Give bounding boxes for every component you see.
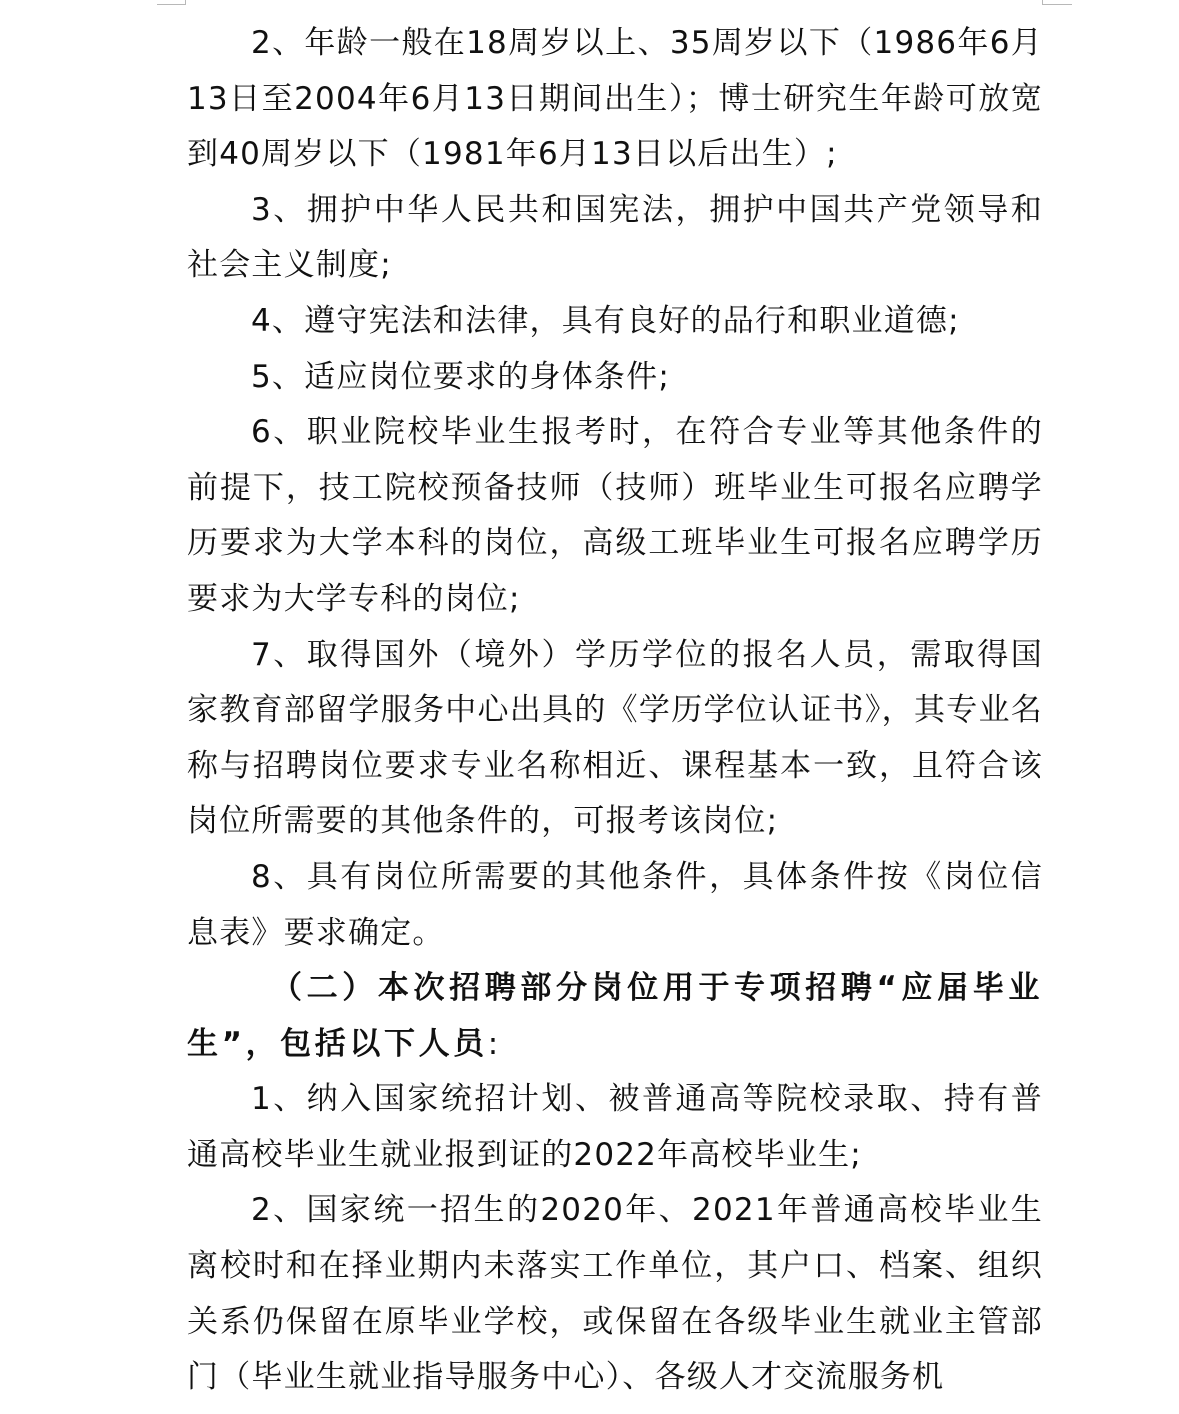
graduate-item-2: 2、国家统一招生的2020年、2021年普通高校毕业生离校时和在择业期内未落实工… (187, 1183, 1043, 1405)
section-heading-text: （二）本次招聘部分岗位用于专项招聘“应届毕业生”，包括以下人员 (187, 970, 1043, 1062)
requirement-item-6: 6、职业院校毕业生报考时，在符合专业等其他条件的前提下，技工院校预备技师（技师）… (187, 405, 1043, 627)
requirement-item-7: 7、取得国外（境外）学历学位的报名人员，需取得国家教育部留学服务中心出具的《学历… (187, 628, 1043, 850)
document-page: 2、年龄一般在18周岁以上、35周岁以下（1986年6月13日至2004年6月1… (187, 16, 1043, 1406)
requirement-item-3: 3、拥护中华人民共和国宪法，拥护中国共产党领导和社会主义制度; (187, 183, 1043, 294)
page-corner-mark-right (1042, 0, 1072, 5)
requirement-item-4: 4、遵守宪法和法律，具有良好的品行和职业道德; (187, 294, 1043, 350)
requirement-item-2: 2、年龄一般在18周岁以上、35周岁以下（1986年6月13日至2004年6月1… (187, 16, 1043, 183)
section-heading-colon: : (488, 1026, 502, 1062)
section-heading-2: （二）本次招聘部分岗位用于专项招聘“应届毕业生”，包括以下人员: (187, 961, 1043, 1072)
requirement-item-8: 8、具有岗位所需要的其他条件，具体条件按《岗位信息表》要求确定。 (187, 850, 1043, 961)
page-corner-mark-left (157, 0, 186, 5)
requirement-item-5: 5、适应岗位要求的身体条件; (187, 350, 1043, 406)
graduate-item-1: 1、纳入国家统招计划、被普通高等院校录取、持有普通高校毕业生就业报到证的2022… (187, 1072, 1043, 1183)
